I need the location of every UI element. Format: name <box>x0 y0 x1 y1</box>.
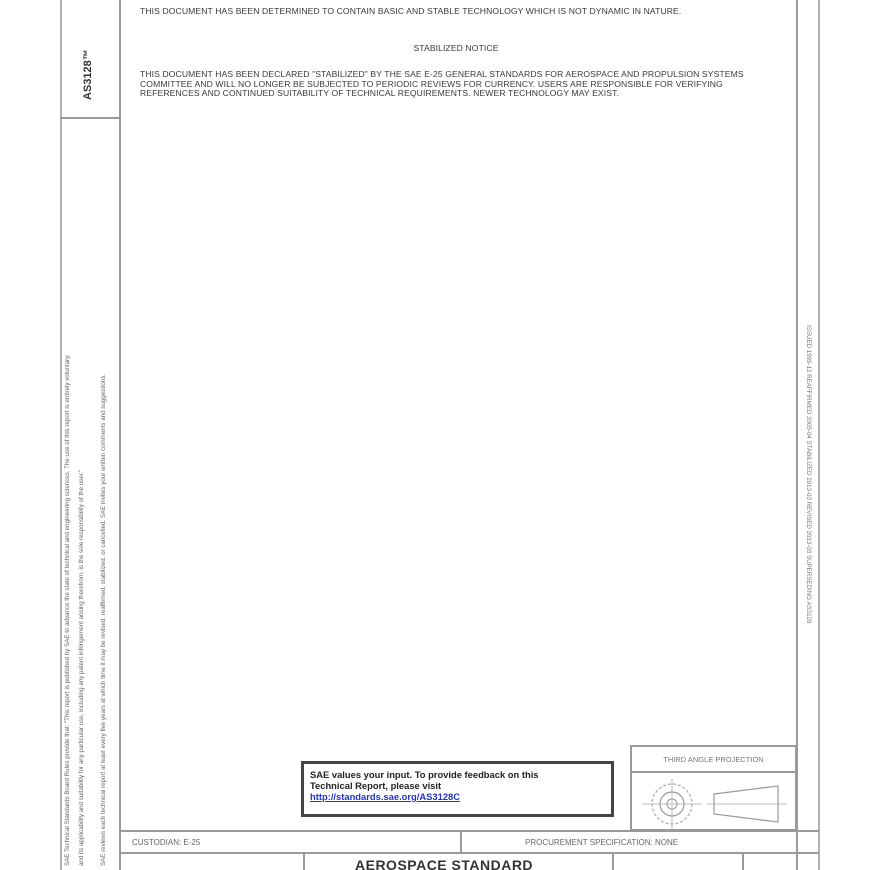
custodian-label: CUSTODIAN: E-25 <box>132 838 200 847</box>
left-margin-text-2: and its applicability and suitability fo… <box>78 470 85 866</box>
feedback-box: SAE values your input. To provide feedba… <box>301 761 614 817</box>
right-frame-border <box>796 0 798 870</box>
title-block-mid-line <box>119 852 819 854</box>
intro-paragraph: THIS DOCUMENT HAS BEEN DETERMINED TO CON… <box>140 7 740 17</box>
procurement-label: PROCUREMENT SPECIFICATION: NONE <box>525 838 678 847</box>
projection-label: THIRD ANGLE PROJECTION <box>632 755 795 764</box>
left-margin-text-1: SAE Technical Standards Board Rules prov… <box>64 354 71 866</box>
left-margin-text-3: SAE reviews each technical report at lea… <box>100 374 107 866</box>
left-margin-border <box>60 0 62 870</box>
feedback-line-2: Technical Report, please visit <box>310 780 605 791</box>
notice-paragraph: THIS DOCUMENT HAS BEEN DECLARED "STABILI… <box>140 70 775 99</box>
right-margin-text: ISSUED 1999-12 REAFFIRMED 2005-04 STABIL… <box>805 325 812 623</box>
title-block-divider-3 <box>612 852 614 870</box>
left-frame-border <box>119 0 121 870</box>
title-block-divider-2 <box>303 852 305 870</box>
feedback-link[interactable]: http://standards.sae.org/AS3128C <box>310 791 460 802</box>
title-block-divider-4 <box>742 852 744 870</box>
third-angle-projection-icon <box>632 773 795 831</box>
title-block-top-line <box>119 830 819 832</box>
feedback-line-1: SAE values your input. To provide feedba… <box>310 769 605 780</box>
doc-id-box-bottom <box>60 117 120 119</box>
notice-heading: STABILIZED NOTICE <box>140 44 772 54</box>
document-id: AS3128™ <box>82 49 94 100</box>
right-margin-border <box>818 0 820 870</box>
projection-box: THIRD ANGLE PROJECTION <box>630 745 797 831</box>
title-block-divider-1 <box>460 830 462 852</box>
document-title: AEROSPACE STANDARD <box>355 857 533 870</box>
